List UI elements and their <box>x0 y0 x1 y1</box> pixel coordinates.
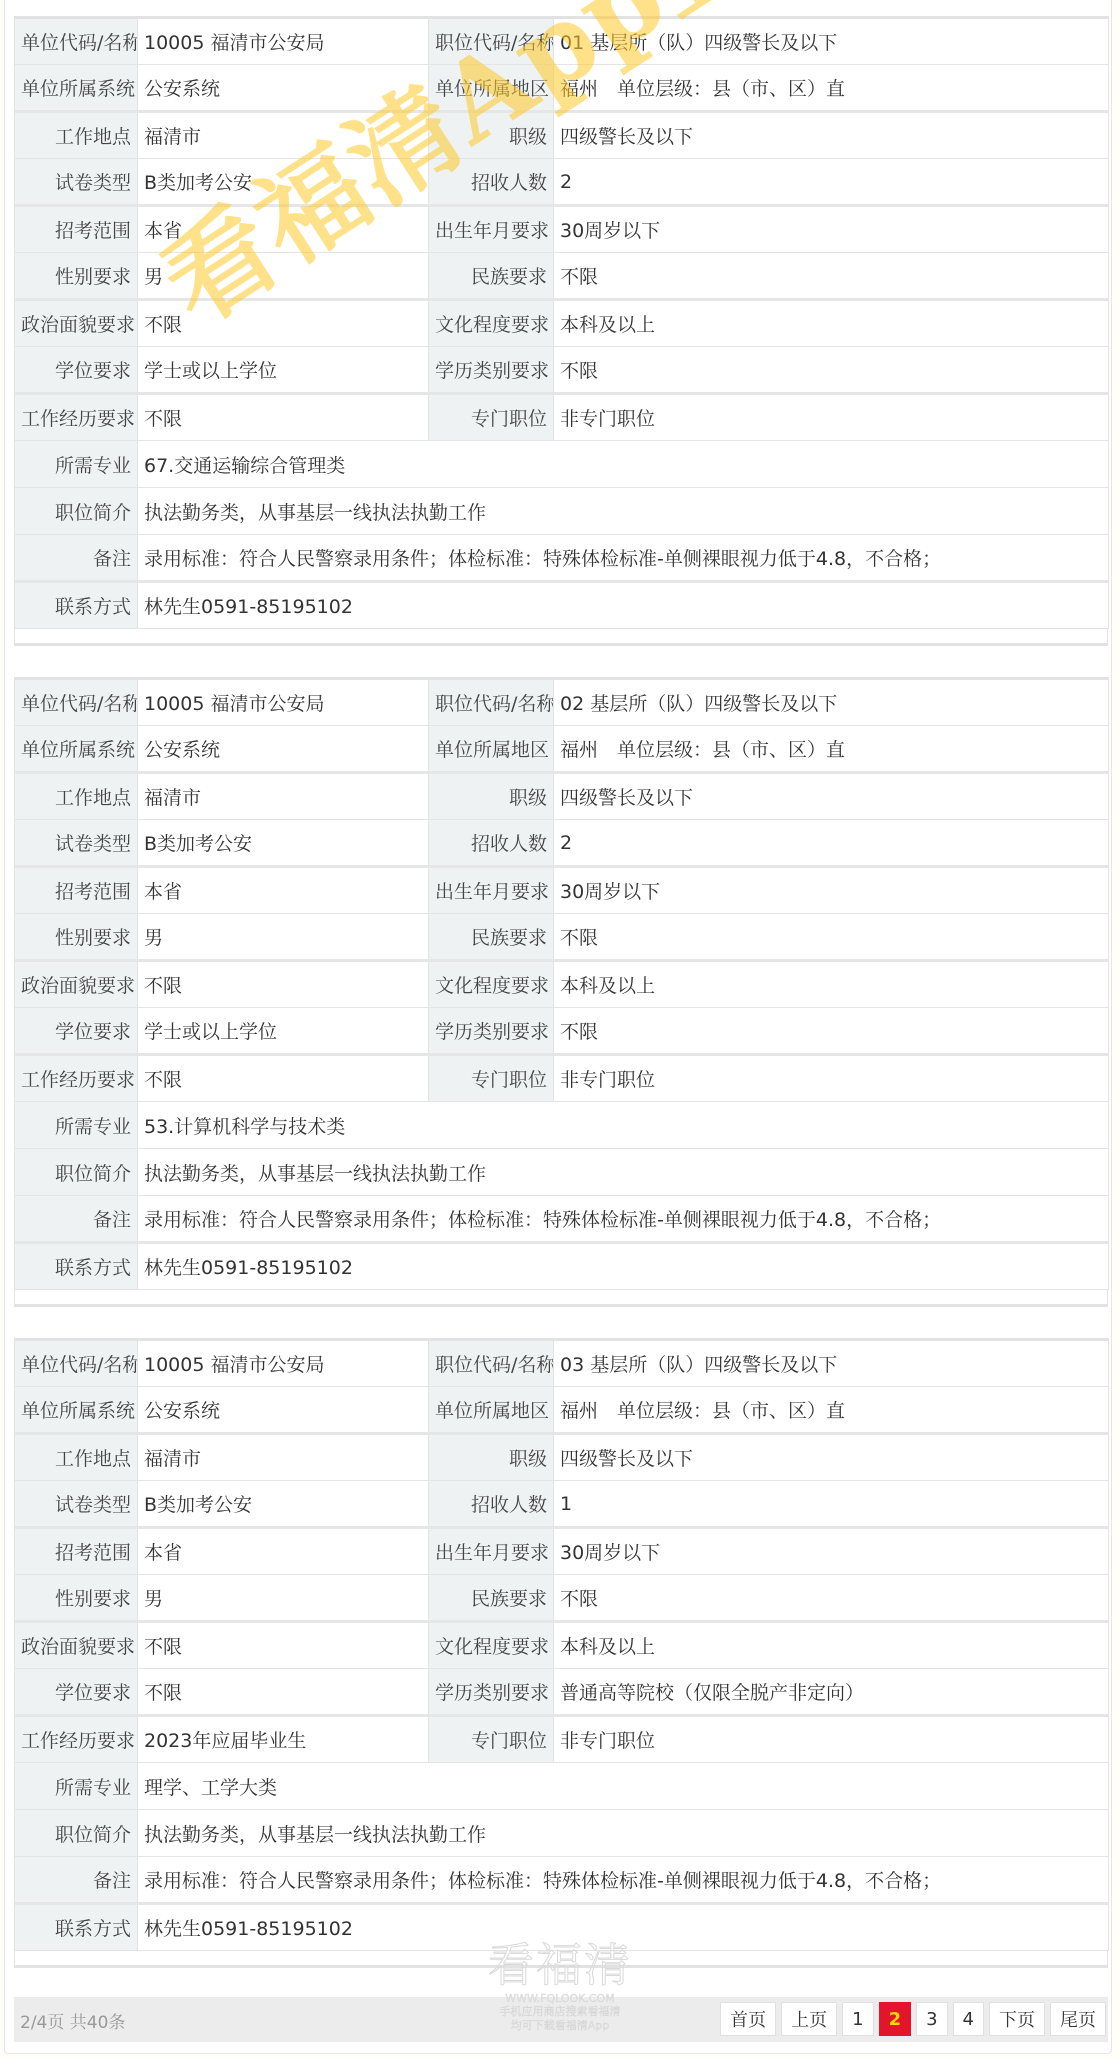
label-gender: 性别要求 <box>15 253 138 300</box>
label-special-position: 专门职位 <box>429 394 554 441</box>
label-unit-region: 单位所属地区 <box>429 1387 554 1434</box>
next-page-button[interactable]: 下页 <box>989 2002 1045 2036</box>
value-unit-system: 公安系统 <box>138 726 429 773</box>
label-unit-region: 单位所属地区 <box>429 726 554 773</box>
table-row: 联系方式 林先生0591-85195102 <box>15 582 1109 629</box>
value-exam-type: B类加考公安 <box>138 159 429 206</box>
label-exam-type: 试卷类型 <box>15 820 138 867</box>
label-work-experience: 工作经历要求 <box>15 1055 138 1102</box>
label-unit-system: 单位所属系统 <box>15 65 138 112</box>
table-row: 学位要求 不限 学历类别要求 普通高等院校（仅限全脱产非定向） <box>15 1669 1109 1716</box>
table-row: 工作地点 福清市 职级 四级警长及以下 <box>15 1434 1109 1481</box>
page-3-button[interactable]: 3 <box>916 2002 947 2036</box>
table-row: 性别要求 男 民族要求 不限 <box>15 914 1109 961</box>
table-row: 所需专业 53.计算机科学与技术类 <box>15 1102 1109 1149</box>
label-major: 所需专业 <box>15 1102 138 1149</box>
label-ethnicity: 民族要求 <box>429 914 554 961</box>
label-degree: 学位要求 <box>15 1008 138 1055</box>
label-unit-code-name: 单位代码/名称 <box>15 679 138 726</box>
table-row: 职位简介 执法勤务类，从事基层一线执法执勤工作 <box>15 488 1109 535</box>
value-education-level: 本科及以上 <box>554 300 1109 347</box>
label-ethnicity: 民族要求 <box>429 1575 554 1622</box>
label-contact: 联系方式 <box>15 1904 138 1951</box>
value-unit-region: 福州 单位层级：县（市、区）直 <box>554 1387 1109 1434</box>
page-1-button[interactable]: 1 <box>842 2002 873 2036</box>
label-remarks: 备注 <box>15 1196 138 1243</box>
value-exam-type: B类加考公安 <box>138 1481 429 1528</box>
label-recruit-scope: 招考范围 <box>15 206 138 253</box>
table-row: 学位要求 学士或以上学位 学历类别要求 不限 <box>15 347 1109 394</box>
table-row: 所需专业 理学、工学大类 <box>15 1763 1109 1810</box>
label-political-status: 政治面貌要求 <box>15 1622 138 1669</box>
table-row: 单位所属系统 公安系统 单位所属地区 福州 单位层级：县（市、区）直 <box>15 1387 1109 1434</box>
value-work-experience: 不限 <box>138 1055 429 1102</box>
label-education-category: 学历类别要求 <box>429 1008 554 1055</box>
value-special-position: 非专门职位 <box>554 1716 1109 1763</box>
label-position-code-name: 职位代码/名称 <box>429 679 554 726</box>
table-row: 联系方式 林先生0591-85195102 <box>15 1243 1109 1290</box>
value-degree: 不限 <box>138 1669 429 1716</box>
label-exam-type: 试卷类型 <box>15 1481 138 1528</box>
table-row: 备注 录用标准：符合人民警察录用条件；体检标准：特殊体检标准-单侧裸眼视力低于4… <box>15 535 1109 582</box>
label-unit-code-name: 单位代码/名称 <box>15 18 138 65</box>
job-table: 单位代码/名称 10005 福清市公安局 职位代码/名称 03 基层所（队）四级… <box>14 1338 1109 1951</box>
value-degree: 学士或以上学位 <box>138 1008 429 1055</box>
page-2-button-current[interactable]: 2 <box>879 2002 912 2036</box>
value-work-experience: 不限 <box>138 394 429 441</box>
value-unit-system: 公安系统 <box>138 1387 429 1434</box>
label-political-status: 政治面貌要求 <box>15 300 138 347</box>
table-row: 单位代码/名称 10005 福清市公安局 职位代码/名称 03 基层所（队）四级… <box>15 1340 1109 1387</box>
label-birth-requirement: 出生年月要求 <box>429 206 554 253</box>
value-contact: 林先生0591-85195102 <box>138 582 1109 629</box>
label-birth-requirement: 出生年月要求 <box>429 1528 554 1575</box>
label-special-position: 专门职位 <box>429 1055 554 1102</box>
value-birth-requirement: 30周岁以下 <box>554 206 1109 253</box>
value-rank: 四级警长及以下 <box>554 773 1109 820</box>
label-unit-code-name: 单位代码/名称 <box>15 1340 138 1387</box>
label-contact: 联系方式 <box>15 1243 138 1290</box>
value-degree: 学士或以上学位 <box>138 347 429 394</box>
value-headcount: 2 <box>554 820 1109 867</box>
value-unit-region: 福州 单位层级：县（市、区）直 <box>554 65 1109 112</box>
job-card: 单位代码/名称 10005 福清市公安局 职位代码/名称 03 基层所（队）四级… <box>14 1338 1108 1968</box>
label-rank: 职级 <box>429 112 554 159</box>
value-unit-code-name: 10005 福清市公安局 <box>138 1340 429 1387</box>
label-gender: 性别要求 <box>15 914 138 961</box>
value-ethnicity: 不限 <box>554 914 1109 961</box>
table-row: 职位简介 执法勤务类，从事基层一线执法执勤工作 <box>15 1149 1109 1196</box>
label-remarks: 备注 <box>15 1857 138 1904</box>
value-work-location: 福清市 <box>138 112 429 159</box>
label-position-intro: 职位简介 <box>15 488 138 535</box>
label-remarks: 备注 <box>15 535 138 582</box>
value-gender: 男 <box>138 914 429 961</box>
value-gender: 男 <box>138 253 429 300</box>
table-row: 备注 录用标准：符合人民警察录用条件；体检标准：特殊体检标准-单侧裸眼视力低于4… <box>15 1857 1109 1904</box>
table-row: 试卷类型 B类加考公安 招收人数 1 <box>15 1481 1109 1528</box>
table-row: 工作经历要求 不限 专门职位 非专门职位 <box>15 1055 1109 1102</box>
value-position-code-name: 02 基层所（队）四级警长及以下 <box>554 679 1109 726</box>
value-remarks: 录用标准：符合人民警察录用条件；体检标准：特殊体检标准-单侧裸眼视力低于4.8，… <box>138 1857 1109 1904</box>
label-unit-region: 单位所属地区 <box>429 65 554 112</box>
value-political-status: 不限 <box>138 300 429 347</box>
table-row: 招考范围 本省 出生年月要求 30周岁以下 <box>15 206 1109 253</box>
table-row: 政治面貌要求 不限 文化程度要求 本科及以上 <box>15 961 1109 1008</box>
pagination-bar: 2/4页 共40条 首页 上页 1 2 3 4 下页 尾页 <box>14 1997 1108 2042</box>
job-card: 单位代码/名称 10005 福清市公安局 职位代码/名称 02 基层所（队）四级… <box>14 677 1108 1307</box>
label-education-level: 文化程度要求 <box>429 300 554 347</box>
value-contact: 林先生0591-85195102 <box>138 1904 1109 1951</box>
label-recruit-scope: 招考范围 <box>15 867 138 914</box>
table-bottom-spacer <box>14 1290 1108 1307</box>
table-row: 所需专业 67.交通运输综合管理类 <box>15 441 1109 488</box>
value-birth-requirement: 30周岁以下 <box>554 867 1109 914</box>
label-gender: 性别要求 <box>15 1575 138 1622</box>
job-table: 单位代码/名称 10005 福清市公安局 职位代码/名称 02 基层所（队）四级… <box>14 677 1109 1290</box>
value-education-category: 不限 <box>554 347 1109 394</box>
label-recruit-scope: 招考范围 <box>15 1528 138 1575</box>
value-work-location: 福清市 <box>138 773 429 820</box>
value-education-category: 不限 <box>554 1008 1109 1055</box>
value-headcount: 1 <box>554 1481 1109 1528</box>
value-position-intro: 执法勤务类，从事基层一线执法执勤工作 <box>138 1149 1109 1196</box>
table-row: 性别要求 男 民族要求 不限 <box>15 253 1109 300</box>
table-row: 招考范围 本省 出生年月要求 30周岁以下 <box>15 1528 1109 1575</box>
table-row: 单位所属系统 公安系统 单位所属地区 福州 单位层级：县（市、区）直 <box>15 726 1109 773</box>
value-recruit-scope: 本省 <box>138 867 429 914</box>
value-special-position: 非专门职位 <box>554 394 1109 441</box>
label-education-category: 学历类别要求 <box>429 1669 554 1716</box>
value-ethnicity: 不限 <box>554 1575 1109 1622</box>
table-row: 联系方式 林先生0591-85195102 <box>15 1904 1109 1951</box>
label-work-location: 工作地点 <box>15 112 138 159</box>
label-position-intro: 职位简介 <box>15 1810 138 1857</box>
value-gender: 男 <box>138 1575 429 1622</box>
value-recruit-scope: 本省 <box>138 206 429 253</box>
label-degree: 学位要求 <box>15 347 138 394</box>
value-work-location: 福清市 <box>138 1434 429 1481</box>
table-row: 性别要求 男 民族要求 不限 <box>15 1575 1109 1622</box>
value-education-level: 本科及以上 <box>554 1622 1109 1669</box>
label-headcount: 招收人数 <box>429 1481 554 1528</box>
label-major: 所需专业 <box>15 1763 138 1810</box>
label-rank: 职级 <box>429 773 554 820</box>
table-row: 工作地点 福清市 职级 四级警长及以下 <box>15 112 1109 159</box>
table-row: 备注 录用标准：符合人民警察录用条件；体检标准：特殊体检标准-单侧裸眼视力低于4… <box>15 1196 1109 1243</box>
label-education-category: 学历类别要求 <box>429 347 554 394</box>
value-special-position: 非专门职位 <box>554 1055 1109 1102</box>
value-remarks: 录用标准：符合人民警察录用条件；体检标准：特殊体检标准-单侧裸眼视力低于4.8，… <box>138 535 1109 582</box>
job-card: 单位代码/名称 10005 福清市公安局 职位代码/名称 01 基层所（队）四级… <box>14 16 1108 646</box>
table-row: 工作经历要求 2023年应届毕业生 专门职位 非专门职位 <box>15 1716 1109 1763</box>
label-position-code-name: 职位代码/名称 <box>429 18 554 65</box>
page-info: 2/4页 共40条 <box>20 2008 125 2033</box>
label-contact: 联系方式 <box>15 582 138 629</box>
value-education-level: 本科及以上 <box>554 961 1109 1008</box>
value-birth-requirement: 30周岁以下 <box>554 1528 1109 1575</box>
prev-page-button[interactable]: 上页 <box>781 2002 837 2036</box>
table-row: 工作经历要求 不限 专门职位 非专门职位 <box>15 394 1109 441</box>
label-headcount: 招收人数 <box>429 820 554 867</box>
label-special-position: 专门职位 <box>429 1716 554 1763</box>
value-recruit-scope: 本省 <box>138 1528 429 1575</box>
table-bottom-spacer <box>14 629 1108 646</box>
label-exam-type: 试卷类型 <box>15 159 138 206</box>
label-major: 所需专业 <box>15 441 138 488</box>
label-work-location: 工作地点 <box>15 773 138 820</box>
label-headcount: 招收人数 <box>429 159 554 206</box>
label-education-level: 文化程度要求 <box>429 961 554 1008</box>
label-position-code-name: 职位代码/名称 <box>429 1340 554 1387</box>
value-position-intro: 执法勤务类，从事基层一线执法执勤工作 <box>138 488 1109 535</box>
label-ethnicity: 民族要求 <box>429 253 554 300</box>
value-unit-region: 福州 单位层级：县（市、区）直 <box>554 726 1109 773</box>
value-major: 53.计算机科学与技术类 <box>138 1102 1109 1149</box>
value-rank: 四级警长及以下 <box>554 1434 1109 1481</box>
table-row: 政治面貌要求 不限 文化程度要求 本科及以上 <box>15 1622 1109 1669</box>
label-birth-requirement: 出生年月要求 <box>429 867 554 914</box>
value-headcount: 2 <box>554 159 1109 206</box>
table-row: 试卷类型 B类加考公安 招收人数 2 <box>15 820 1109 867</box>
value-unit-code-name: 10005 福清市公安局 <box>138 679 429 726</box>
value-work-experience: 2023年应届毕业生 <box>138 1716 429 1763</box>
value-rank: 四级警长及以下 <box>554 112 1109 159</box>
job-table: 单位代码/名称 10005 福清市公安局 职位代码/名称 01 基层所（队）四级… <box>14 16 1109 629</box>
value-position-intro: 执法勤务类，从事基层一线执法执勤工作 <box>138 1810 1109 1857</box>
table-bottom-spacer <box>14 1951 1108 1968</box>
table-row: 职位简介 执法勤务类，从事基层一线执法执勤工作 <box>15 1810 1109 1857</box>
table-row: 学位要求 学士或以上学位 学历类别要求 不限 <box>15 1008 1109 1055</box>
label-degree: 学位要求 <box>15 1669 138 1716</box>
value-ethnicity: 不限 <box>554 253 1109 300</box>
value-education-category: 普通高等院校（仅限全脱产非定向） <box>554 1669 1109 1716</box>
label-political-status: 政治面貌要求 <box>15 961 138 1008</box>
label-work-experience: 工作经历要求 <box>15 394 138 441</box>
value-position-code-name: 01 基层所（队）四级警长及以下 <box>554 18 1109 65</box>
pager: 首页 上页 1 2 3 4 下页 尾页 <box>720 2002 1106 2036</box>
value-political-status: 不限 <box>138 1622 429 1669</box>
label-education-level: 文化程度要求 <box>429 1622 554 1669</box>
table-row: 试卷类型 B类加考公安 招收人数 2 <box>15 159 1109 206</box>
label-work-location: 工作地点 <box>15 1434 138 1481</box>
table-row: 招考范围 本省 出生年月要求 30周岁以下 <box>15 867 1109 914</box>
value-major: 理学、工学大类 <box>138 1763 1109 1810</box>
table-row: 工作地点 福清市 职级 四级警长及以下 <box>15 773 1109 820</box>
table-row: 政治面貌要求 不限 文化程度要求 本科及以上 <box>15 300 1109 347</box>
label-rank: 职级 <box>429 1434 554 1481</box>
value-contact: 林先生0591-85195102 <box>138 1243 1109 1290</box>
label-unit-system: 单位所属系统 <box>15 726 138 773</box>
value-unit-code-name: 10005 福清市公安局 <box>138 18 429 65</box>
first-page-button[interactable]: 首页 <box>720 2002 776 2036</box>
value-remarks: 录用标准：符合人民警察录用条件；体检标准：特殊体检标准-单侧裸眼视力低于4.8，… <box>138 1196 1109 1243</box>
value-exam-type: B类加考公安 <box>138 820 429 867</box>
label-unit-system: 单位所属系统 <box>15 1387 138 1434</box>
value-position-code-name: 03 基层所（队）四级警长及以下 <box>554 1340 1109 1387</box>
value-unit-system: 公安系统 <box>138 65 429 112</box>
last-page-button[interactable]: 尾页 <box>1050 2002 1106 2036</box>
value-political-status: 不限 <box>138 961 429 1008</box>
table-row: 单位代码/名称 10005 福清市公安局 职位代码/名称 02 基层所（队）四级… <box>15 679 1109 726</box>
table-row: 单位所属系统 公安系统 单位所属地区 福州 单位层级：县（市、区）直 <box>15 65 1109 112</box>
table-row: 单位代码/名称 10005 福清市公安局 职位代码/名称 01 基层所（队）四级… <box>15 18 1109 65</box>
label-position-intro: 职位简介 <box>15 1149 138 1196</box>
page-4-button[interactable]: 4 <box>953 2002 984 2036</box>
label-work-experience: 工作经历要求 <box>15 1716 138 1763</box>
value-major: 67.交通运输综合管理类 <box>138 441 1109 488</box>
